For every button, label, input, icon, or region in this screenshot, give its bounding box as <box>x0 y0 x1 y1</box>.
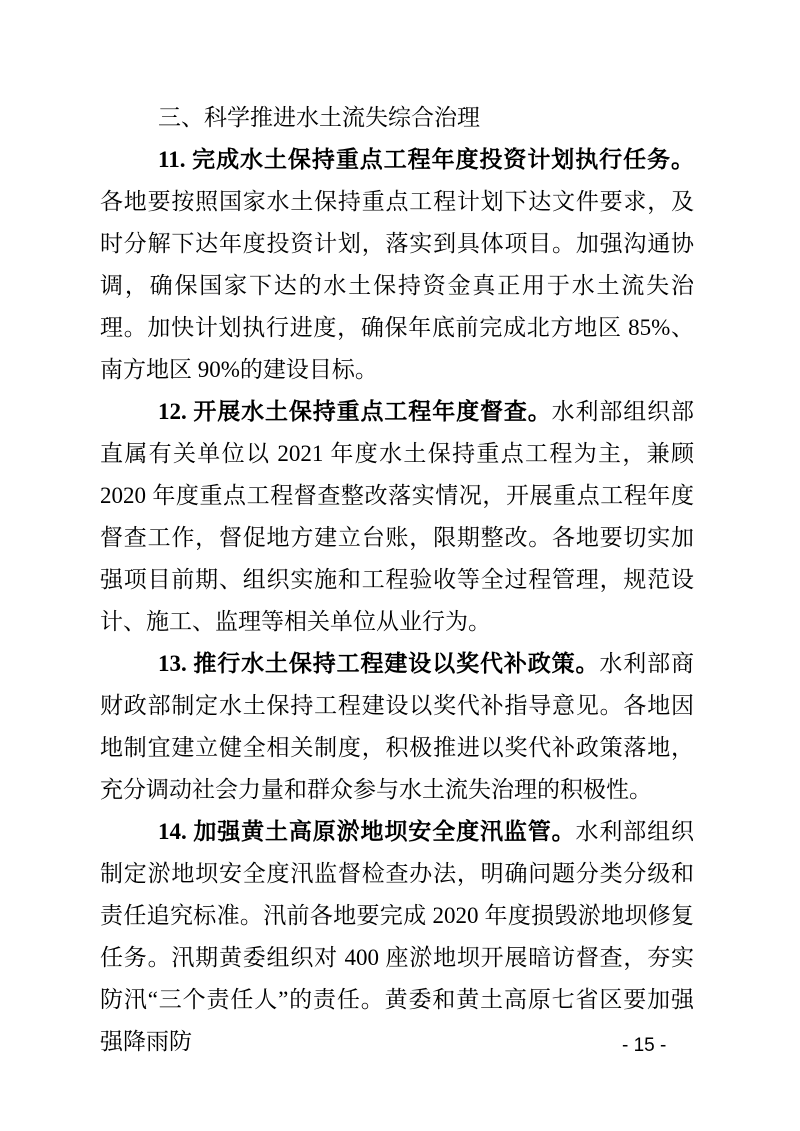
page-number: - 15 - <box>622 1035 666 1057</box>
paragraph-12-lead: 12. 开展水土保持重点工程年度督查。 <box>158 399 552 424</box>
paragraph-11-lead: 11. 完成水土保持重点工程年度投资计划执行任务。 <box>158 147 694 172</box>
paragraph-13: 13. 推行水土保持工程建设以奖代补政策。水利部商财政部制定水土保持工程建设以奖… <box>100 643 694 811</box>
paragraph-12: 12. 开展水土保持重点工程年度督查。水利部组织部直属有关单位以 2021 年度… <box>100 391 694 643</box>
paragraph-14-body: 水利部组织制定淤地坝安全度汛监督检查办法，明确问题分类分级和责任追究标准。汛前各… <box>100 819 694 1054</box>
section-heading: 三、科学推进水土流失综合治理 <box>100 97 694 139</box>
paragraph-11-body: 各地要按照国家水土保持重点工程计划下达文件要求，及时分解下达年度投资计划，落实到… <box>100 189 694 382</box>
paragraph-12-body: 水利部组织部直属有关单位以 2021 年度水土保持重点工程为主，兼顾 2020 … <box>100 399 694 634</box>
paragraph-11: 11. 完成水土保持重点工程年度投资计划执行任务。各地要按照国家水土保持重点工程… <box>100 139 694 391</box>
paragraph-13-lead: 13. 推行水土保持工程建设以奖代补政策。 <box>158 651 599 676</box>
document-page: 三、科学推进水土流失综合治理 11. 完成水土保持重点工程年度投资计划执行任务。… <box>0 0 800 1131</box>
document-content: 三、科学推进水土流失综合治理 11. 完成水土保持重点工程年度投资计划执行任务。… <box>100 97 694 1063</box>
paragraph-14: 14. 加强黄土高原淤地坝安全度汛监管。水利部组织制定淤地坝安全度汛监督检查办法… <box>100 811 694 1063</box>
paragraph-14-lead: 14. 加强黄土高原淤地坝安全度汛监管。 <box>158 819 575 844</box>
